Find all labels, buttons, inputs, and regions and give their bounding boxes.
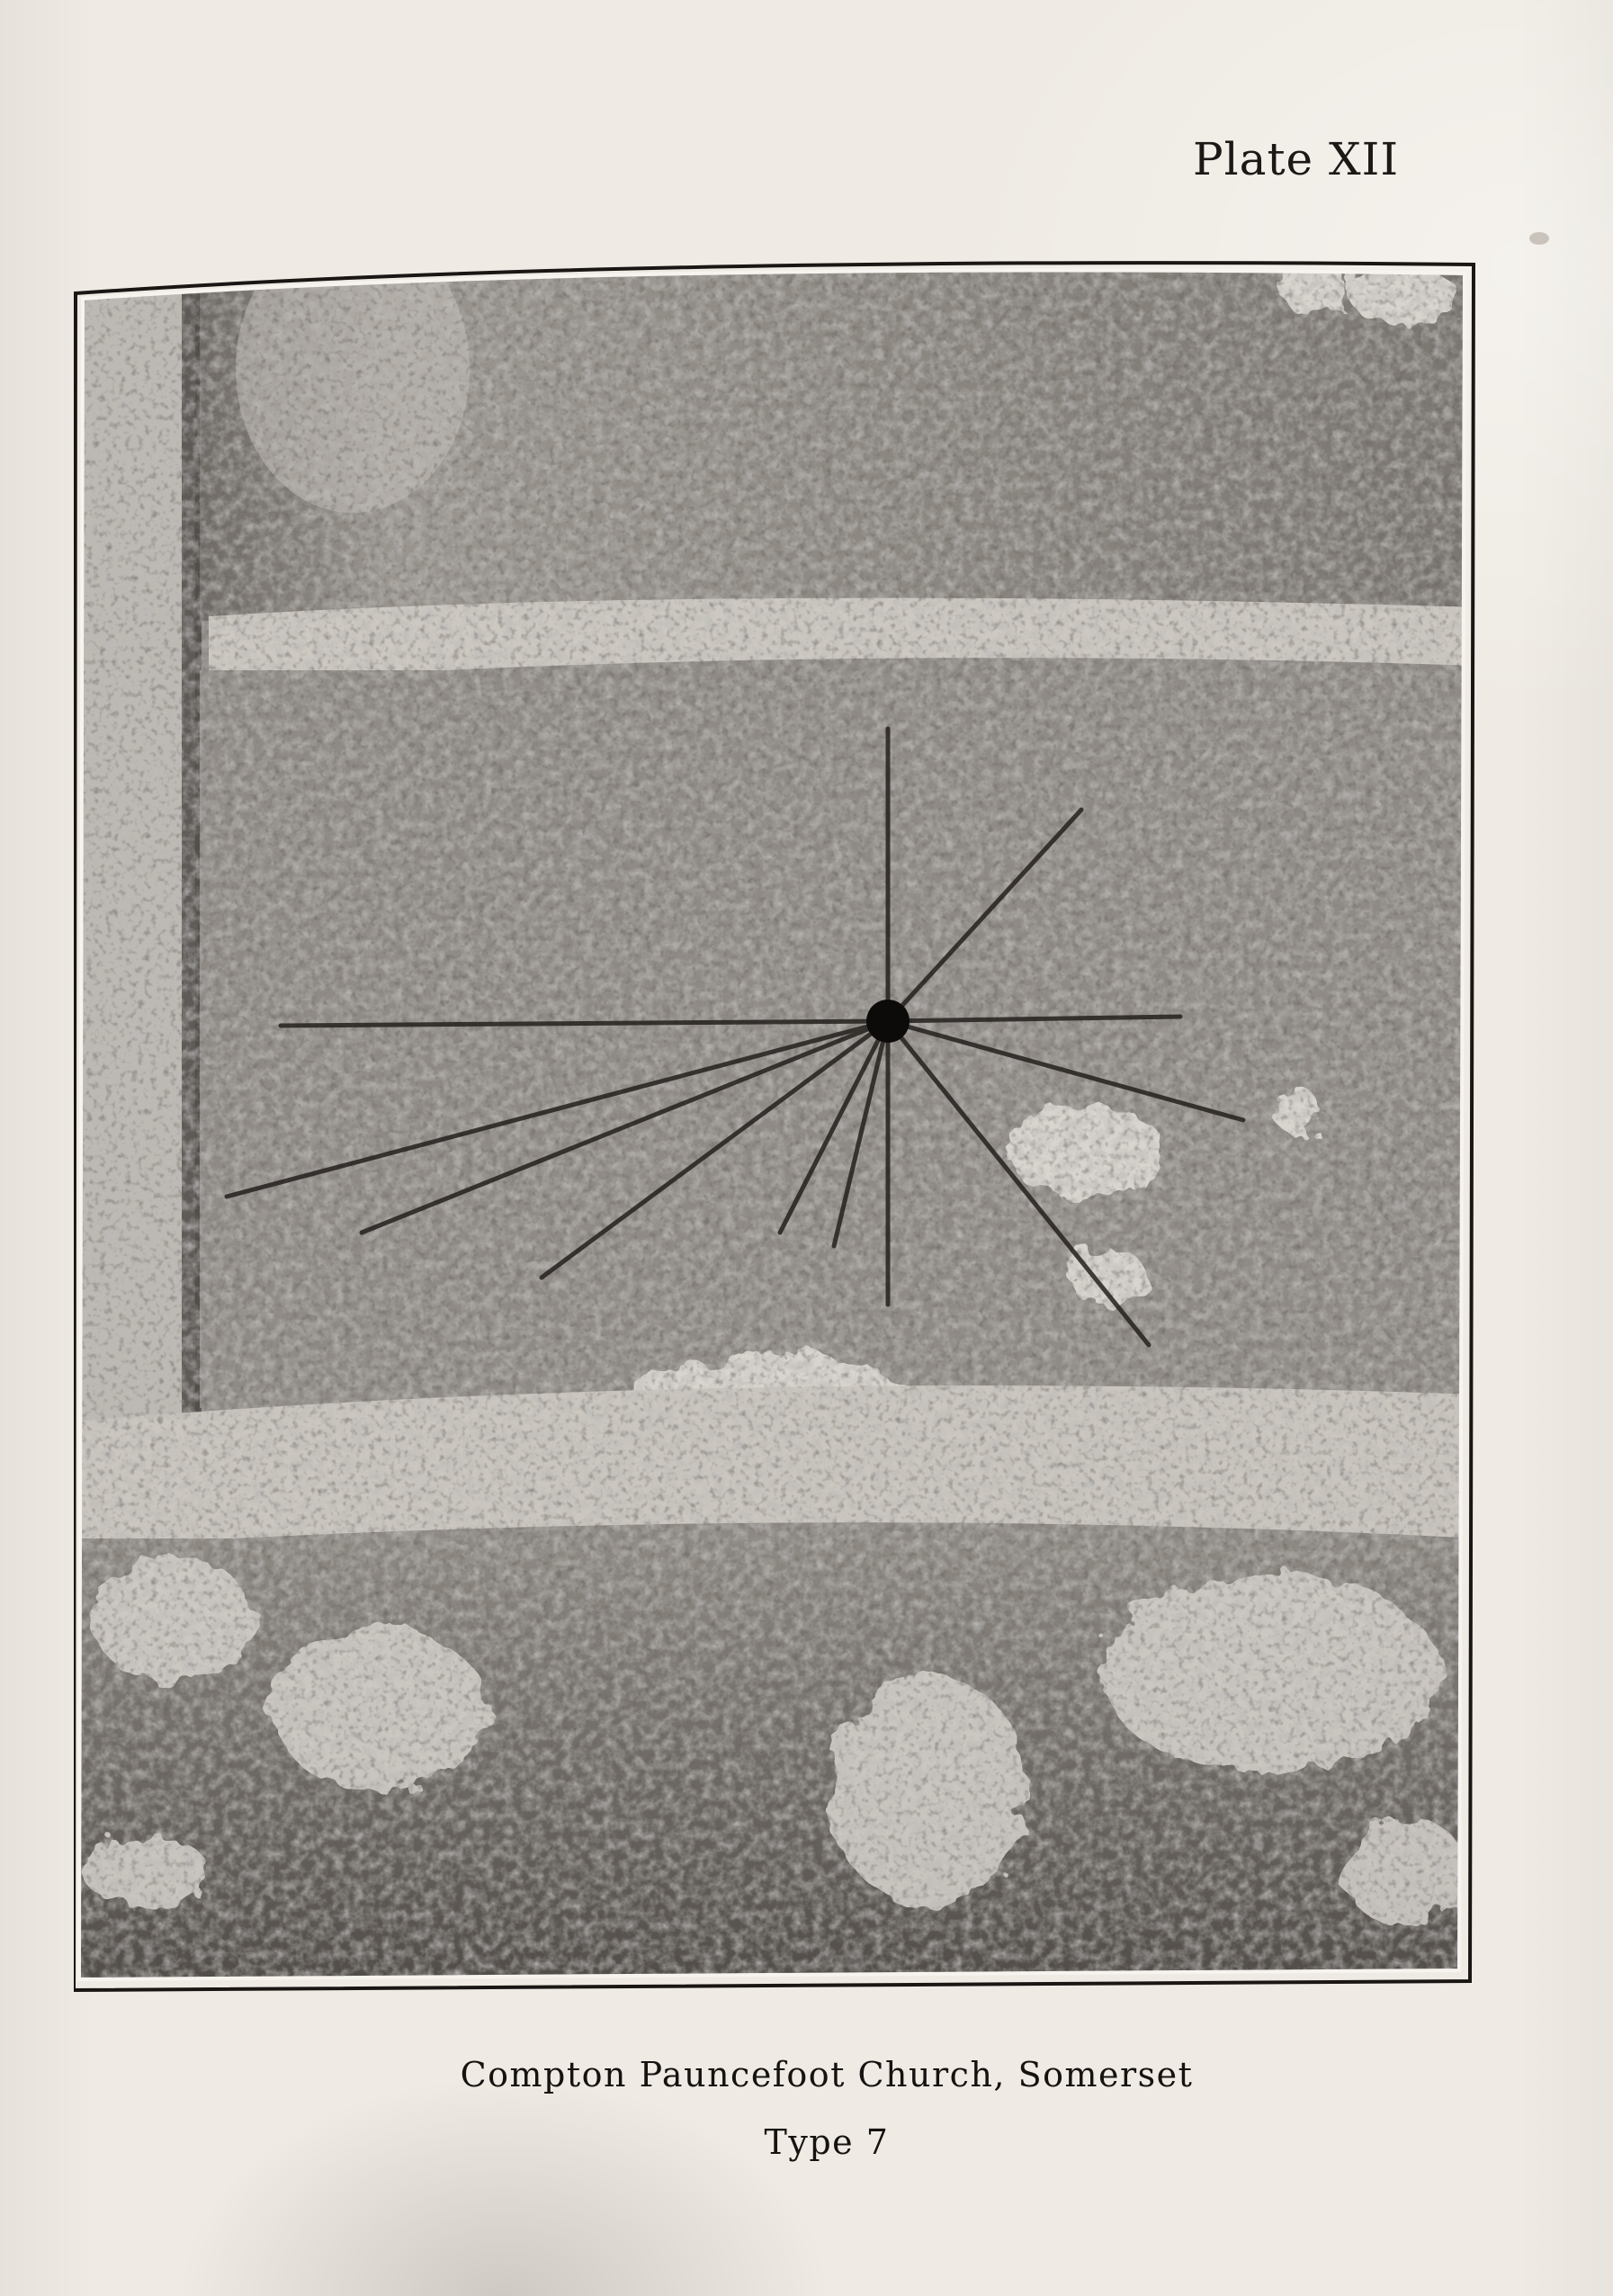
plate-heading: Plate XII bbox=[1193, 133, 1399, 185]
plate-caption-title: Compton Pauncefoot Church, Somerset bbox=[0, 2055, 1613, 2094]
paper-speck bbox=[1529, 232, 1549, 245]
plate-caption-type: Type 7 bbox=[0, 2122, 1613, 2162]
scratch-dial-photo bbox=[74, 261, 1479, 2011]
gnomon-hole bbox=[866, 1000, 910, 1043]
plate-photograph bbox=[74, 261, 1479, 2011]
